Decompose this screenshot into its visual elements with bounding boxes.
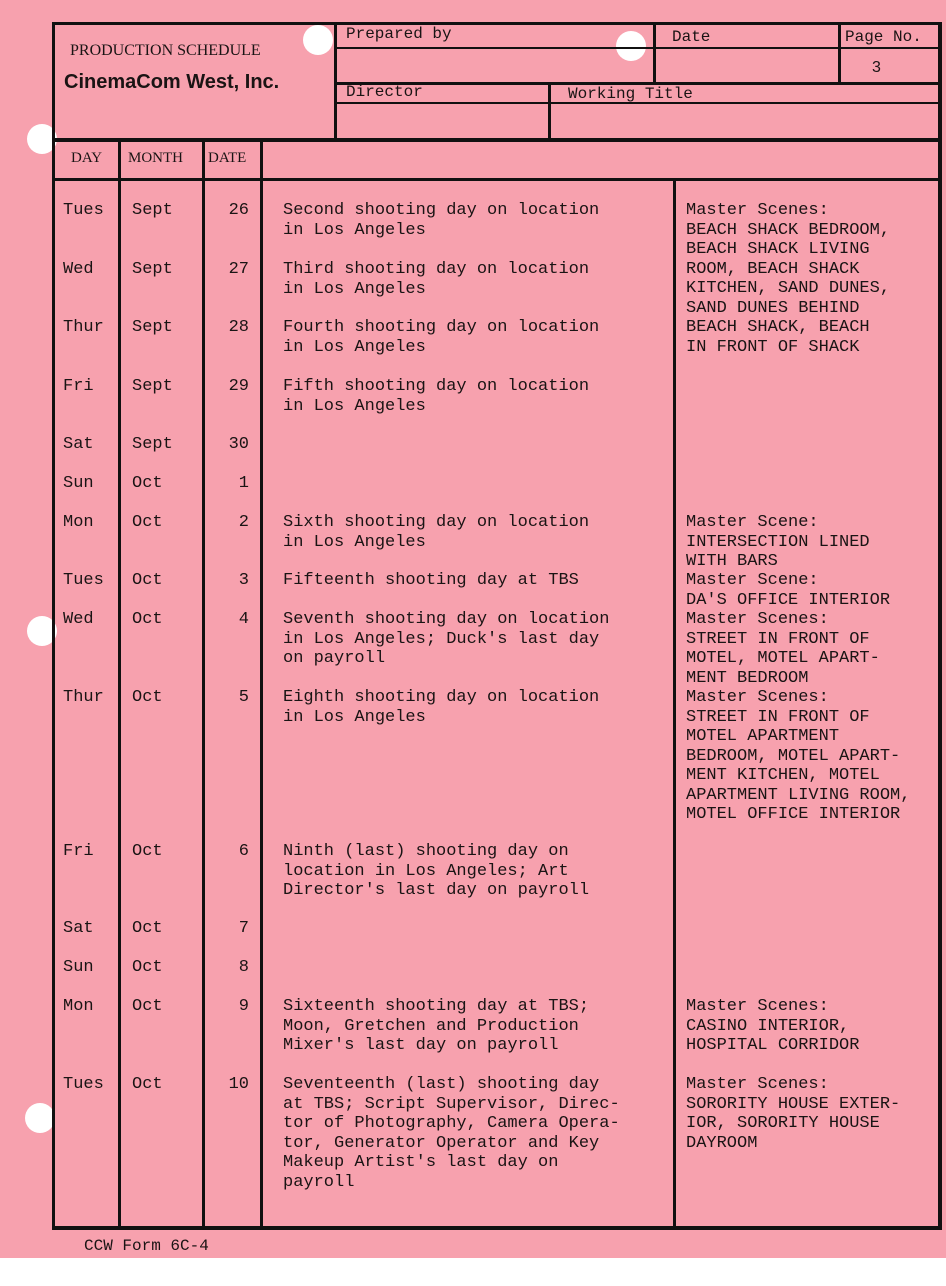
working-title-label: Working Title bbox=[568, 85, 693, 103]
row-date: 4 bbox=[205, 610, 249, 630]
row-date: 10 bbox=[205, 1075, 249, 1095]
master-scene-note: Master Scenes: STREET IN FRONT OF MOTEL,… bbox=[686, 610, 880, 688]
row-month: Sept bbox=[132, 201, 173, 221]
row-day: Fri bbox=[63, 377, 94, 397]
row-day: Thur bbox=[63, 318, 104, 338]
row-month: Sept bbox=[132, 318, 173, 338]
row-date: 6 bbox=[205, 842, 249, 862]
master-scene-note: Master Scenes: STREET IN FRONT OF MOTEL … bbox=[686, 688, 910, 825]
row-activity: Eighth shooting day on location in Los A… bbox=[283, 688, 599, 727]
row-date: 2 bbox=[205, 513, 249, 533]
row-date: 5 bbox=[205, 688, 249, 708]
row-date: 29 bbox=[205, 377, 249, 397]
row-activity: Second shooting day on location in Los A… bbox=[283, 201, 599, 240]
row-date: 27 bbox=[205, 260, 249, 280]
prepared-by-field[interactable] bbox=[346, 56, 646, 78]
row-month: Oct bbox=[132, 842, 163, 862]
row-month: Oct bbox=[132, 610, 163, 630]
prepared-by-label: Prepared by bbox=[346, 25, 452, 43]
row-day: Wed bbox=[63, 610, 94, 630]
row-date: 26 bbox=[205, 201, 249, 221]
page-no-label: Page No. bbox=[845, 28, 922, 46]
row-date: 3 bbox=[205, 571, 249, 591]
row-day: Fri bbox=[63, 842, 94, 862]
column-header-date: DATE bbox=[208, 150, 246, 167]
row-activity: Ninth (last) shooting day on location in… bbox=[283, 842, 589, 901]
row-month: Oct bbox=[132, 919, 163, 939]
row-date: 7 bbox=[205, 919, 249, 939]
row-date: 30 bbox=[205, 435, 249, 455]
page-no-value: 3 bbox=[872, 59, 881, 77]
row-activity: Sixth shooting day on location in Los An… bbox=[283, 513, 589, 552]
row-month: Oct bbox=[132, 1075, 163, 1095]
row-date: 1 bbox=[205, 474, 249, 494]
row-date: 9 bbox=[205, 997, 249, 1017]
column-header-month: MONTH bbox=[128, 150, 183, 167]
row-month: Oct bbox=[132, 513, 163, 533]
row-activity: Seventh shooting day on location in Los … bbox=[283, 610, 609, 669]
row-day: Thur bbox=[63, 688, 104, 708]
row-day: Tues bbox=[63, 201, 104, 221]
row-activity: Sixteenth shooting day at TBS; Moon, Gre… bbox=[283, 997, 589, 1056]
row-activity: Fifteenth shooting day at TBS bbox=[283, 571, 579, 591]
row-date: 8 bbox=[205, 958, 249, 978]
form-title: PRODUCTION SCHEDULE bbox=[70, 42, 261, 60]
row-month: Oct bbox=[132, 571, 163, 591]
column-header-day: DAY bbox=[71, 150, 102, 167]
punch-hole bbox=[303, 25, 333, 55]
director-label: Director bbox=[346, 83, 423, 101]
working-title-field[interactable] bbox=[558, 108, 928, 132]
row-day: Sat bbox=[63, 919, 94, 939]
row-day: Sat bbox=[63, 435, 94, 455]
row-month: Oct bbox=[132, 474, 163, 494]
row-month: Sept bbox=[132, 377, 173, 397]
row-activity: Seventeenth (last) shooting day at TBS; … bbox=[283, 1075, 620, 1192]
row-date: 28 bbox=[205, 318, 249, 338]
row-activity: Third shooting day on location in Los An… bbox=[283, 260, 589, 299]
row-activity: Fourth shooting day on location in Los A… bbox=[283, 318, 599, 357]
punch-hole bbox=[25, 1103, 55, 1133]
row-month: Oct bbox=[132, 958, 163, 978]
row-day: Mon bbox=[63, 997, 94, 1017]
director-field[interactable] bbox=[346, 108, 541, 132]
row-day: Sun bbox=[63, 474, 94, 494]
production-schedule-form: PRODUCTION SCHEDULE CinemaCom West, Inc.… bbox=[0, 0, 946, 1258]
row-day: Tues bbox=[63, 571, 104, 591]
master-scene-note: Master Scenes: BEACH SHACK BEDROOM, BEAC… bbox=[686, 201, 890, 357]
row-month: Sept bbox=[132, 435, 173, 455]
master-scene-note: Master Scenes: CASINO INTERIOR, HOSPITAL… bbox=[686, 997, 859, 1056]
company-name: CinemaCom West, Inc. bbox=[64, 71, 279, 94]
row-day: Sun bbox=[63, 958, 94, 978]
date-label: Date bbox=[672, 28, 710, 46]
master-scene-note: Master Scene: DA'S OFFICE INTERIOR bbox=[686, 571, 890, 610]
row-month: Oct bbox=[132, 688, 163, 708]
row-day: Mon bbox=[63, 513, 94, 533]
form-number: CCW Form 6C-4 bbox=[84, 1237, 209, 1255]
row-day: Tues bbox=[63, 1075, 104, 1095]
row-activity: Fifth shooting day on location in Los An… bbox=[283, 377, 589, 416]
row-month: Oct bbox=[132, 997, 163, 1017]
master-scene-note: Master Scene: INTERSECTION LINED WITH BA… bbox=[686, 513, 870, 572]
date-field[interactable] bbox=[660, 56, 830, 78]
row-day: Wed bbox=[63, 260, 94, 280]
master-scene-note: Master Scenes: SORORITY HOUSE EXTER- IOR… bbox=[686, 1075, 900, 1153]
row-month: Sept bbox=[132, 260, 173, 280]
